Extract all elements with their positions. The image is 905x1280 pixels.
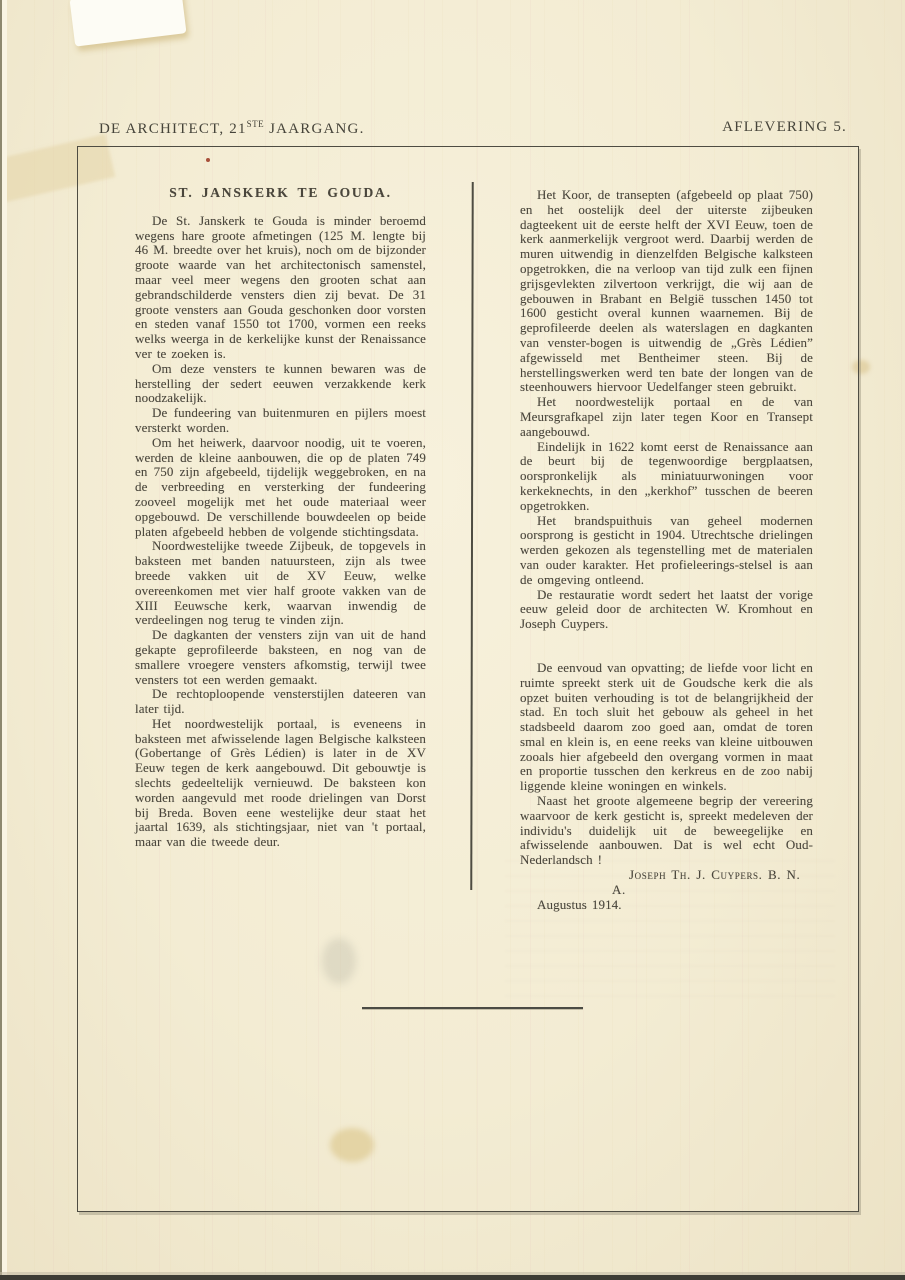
paragraph: Het Koor, de transepten (afgebeeld op pl…: [520, 188, 813, 395]
left-column: ST. JANSKERK TE GOUDA. De St. Janskerk t…: [135, 186, 426, 850]
paragraph: Het noordwestelijk portaal, is eveneens …: [135, 717, 426, 850]
author-signature: Joseph Th. J. Cuypers. B. N. A.: [520, 868, 813, 898]
page-scan: DE ARCHITECT, 21STE JAARGANG. AFLEVERING…: [0, 0, 905, 1280]
journal-name-prefix: DE ARCHITECT, 21: [99, 121, 247, 137]
journal-masthead: DE ARCHITECT, 21STE JAARGANG.: [99, 119, 365, 138]
journal-name-superscript: STE: [247, 119, 265, 129]
paragraph: De fundeering van buitenmuren en pijlers…: [135, 406, 426, 436]
journal-name-suffix: JAARGANG.: [264, 121, 364, 137]
paragraph: De eenvoud van opvatting; de liefde voor…: [520, 661, 813, 794]
paragraph: Eindelijk in 1622 komt eerst de Renaissa…: [520, 440, 813, 514]
paragraph: De St. Janskerk te Gouda is minder beroe…: [135, 214, 426, 362]
tape-patch-top-left: [69, 0, 186, 47]
paragraph: De dagkanten der vensters zijn van uit d…: [135, 628, 426, 687]
paragraph: De rechtoploopende vensterstijlen dateer…: [135, 687, 426, 717]
date-line: Augustus 1914.: [520, 898, 813, 913]
right-column: Het Koor, de transepten (afgebeeld op pl…: [520, 188, 813, 912]
paragraph: De restauratie wordt sedert het laatst d…: [520, 588, 813, 632]
end-of-article-rule: [362, 1007, 583, 1009]
scan-edge-bottom: [0, 1275, 905, 1280]
paragraph: Naast het groote algemeene begrip der ve…: [520, 794, 813, 868]
article-title: ST. JANSKERK TE GOUDA.: [135, 186, 426, 201]
issue-label: AFLEVERING 5.: [722, 119, 847, 136]
paragraph: Om het heiwerk, daarvoor noodig, uit te …: [135, 436, 426, 540]
scan-edge-left: [0, 0, 2, 1280]
paragraph: Om deze vensters te kunnen bewaren was d…: [135, 362, 426, 406]
paragraph: Noordwestelijke tweede Zijbeuk, de topge…: [135, 539, 426, 628]
paragraph: Het brandspuithuis van geheel modernen o…: [520, 514, 813, 588]
paragraph: Het noordwestelijk portaal en de van Meu…: [520, 395, 813, 439]
scan-edge-left-light: [2, 0, 7, 1280]
